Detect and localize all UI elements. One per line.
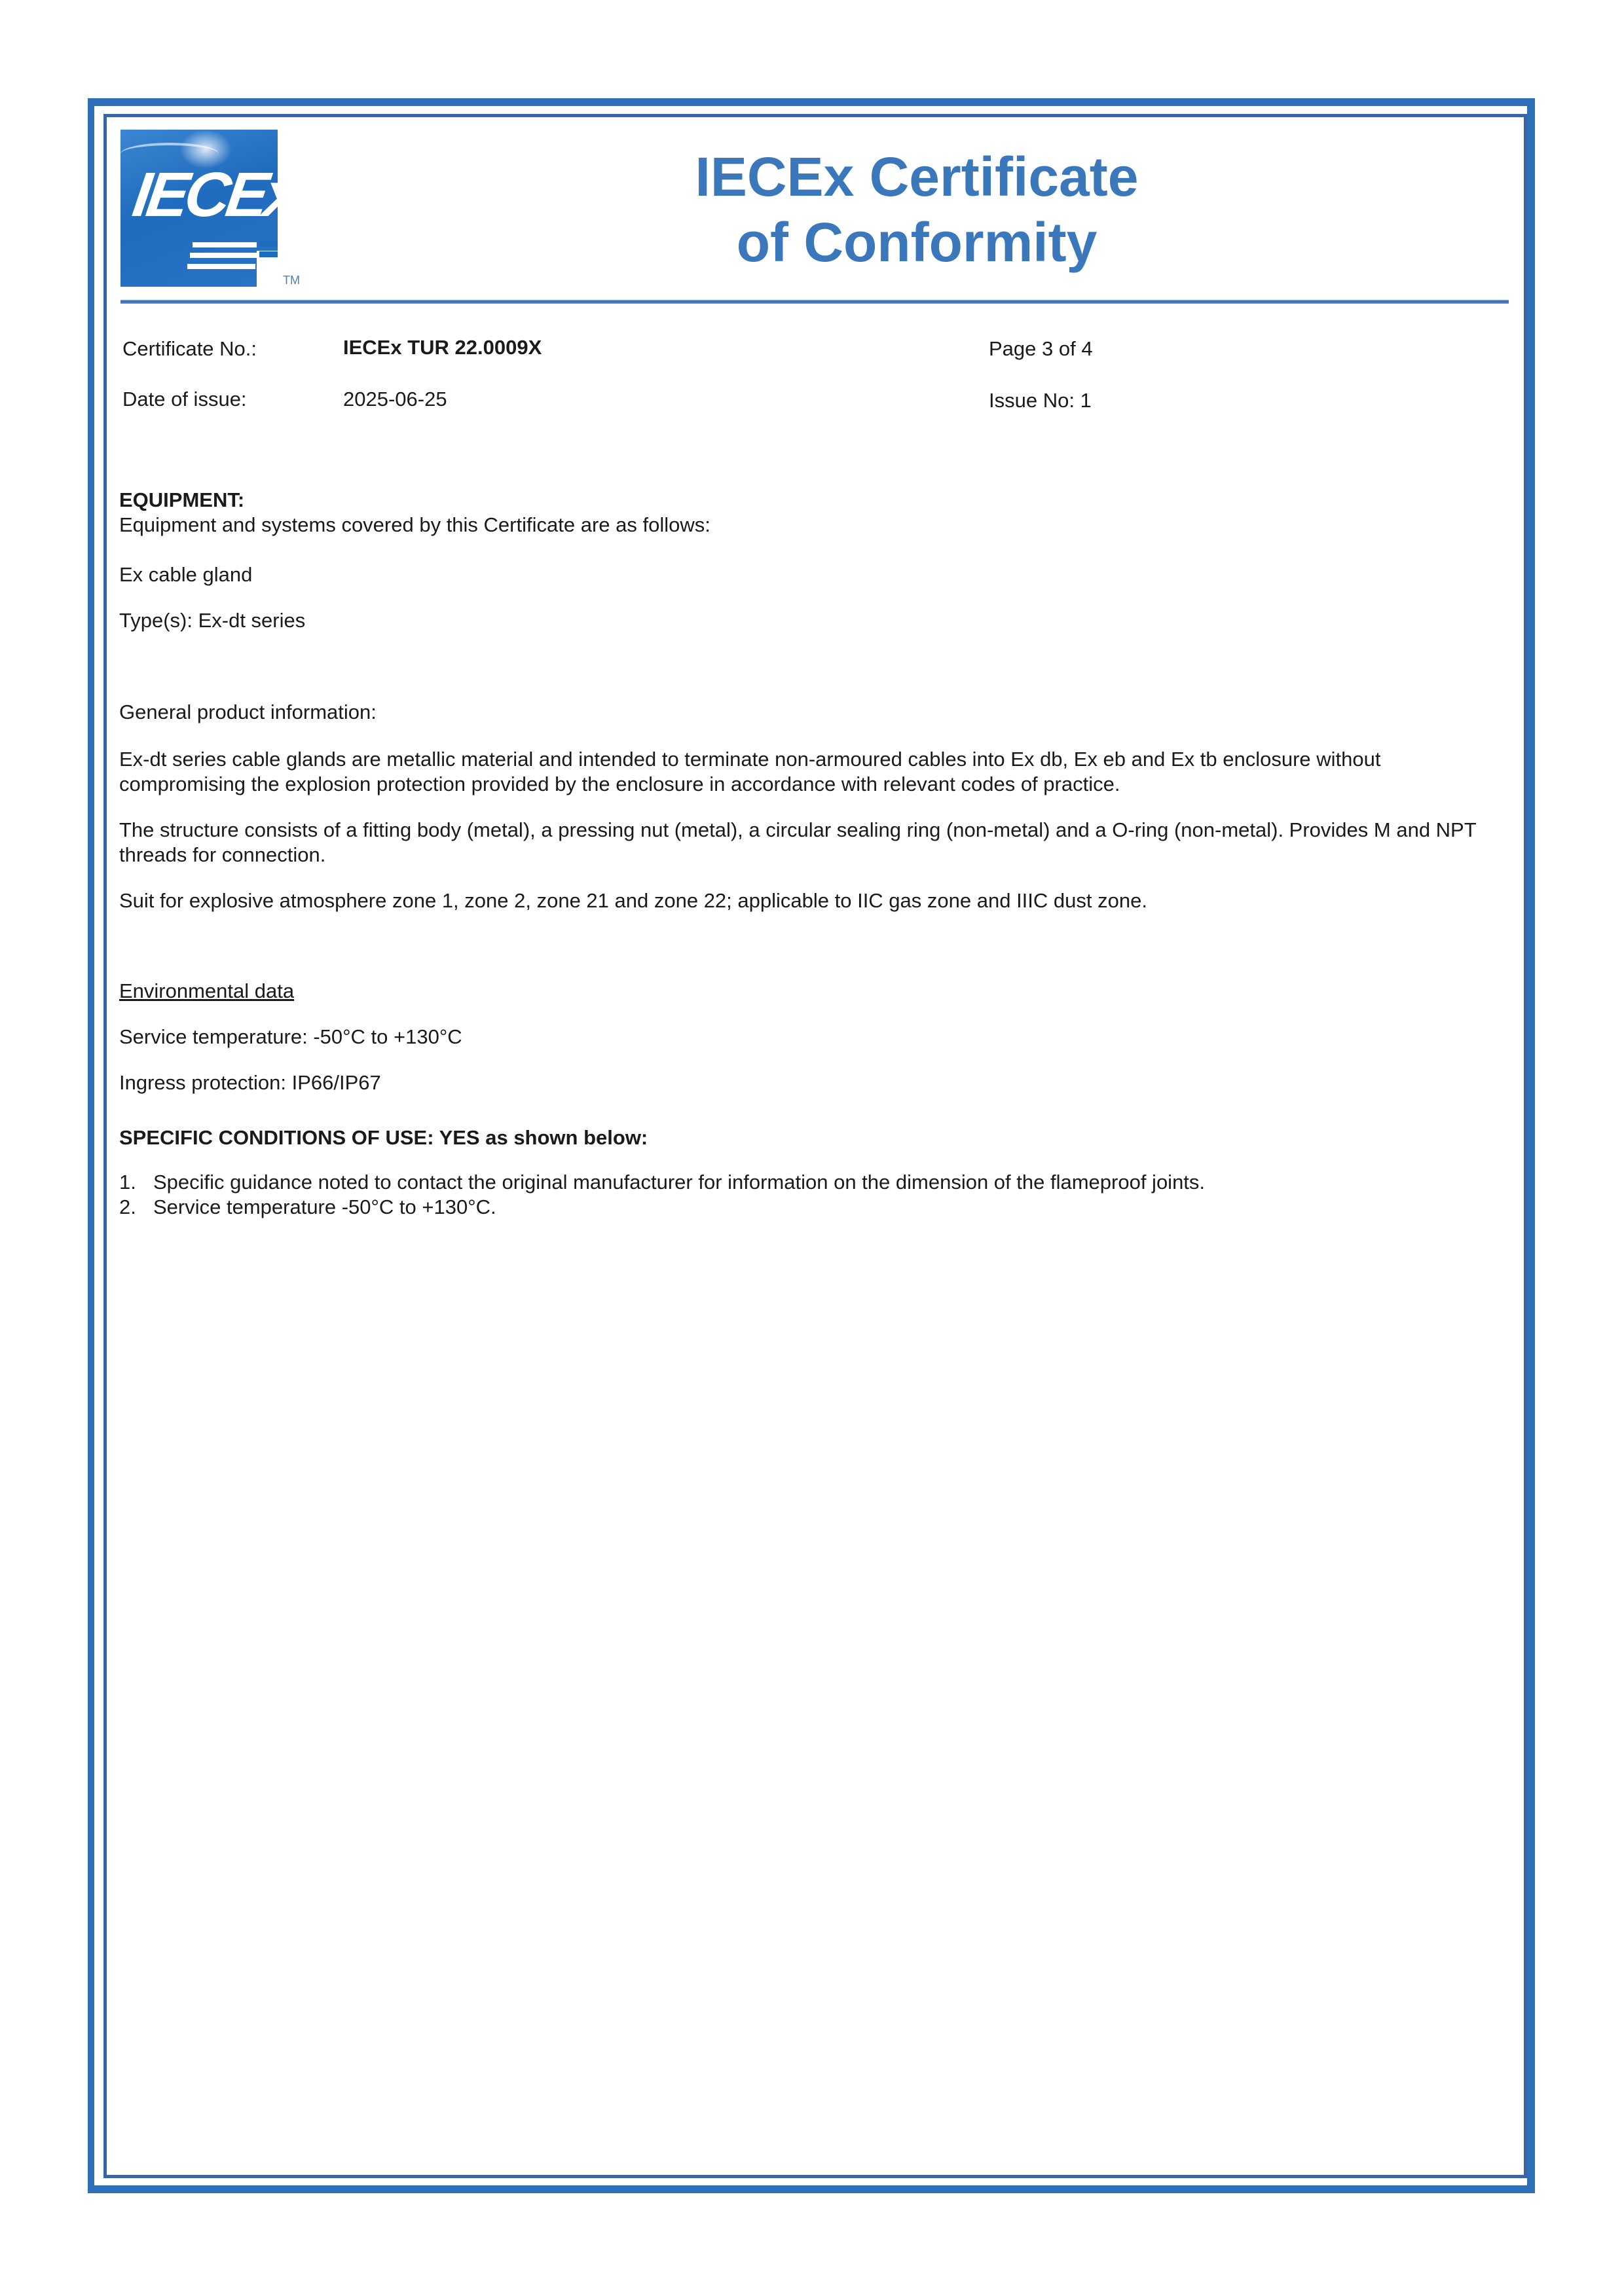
title-line-2: of Conformity (589, 210, 1244, 275)
condition-text: Service temperature -50°C to +130°C. (153, 1195, 496, 1220)
equipment-types: Type(s): Ex-dt series (119, 608, 1507, 633)
condition-text: Specific guidance noted to contact the o… (153, 1170, 1205, 1195)
logo-text: IECEx (128, 159, 278, 231)
environmental-heading: Environmental data (119, 979, 1507, 1004)
condition-number: 2. (119, 1195, 153, 1220)
conditions-heading: SPECIFIC CONDITIONS OF USE: YES as shown… (119, 1125, 1507, 1150)
condition-item: 1. Specific guidance noted to contact th… (119, 1170, 1507, 1195)
document-title: IECEx Certificate of Conformity (589, 144, 1244, 275)
service-temperature: Service temperature: -50°C to +130°C (119, 1025, 1507, 1049)
header-divider (120, 300, 1509, 304)
logo-stripe (193, 242, 257, 247)
conditions-list: 1. Specific guidance noted to contact th… (119, 1170, 1507, 1220)
equipment-intro: Equipment and systems covered by this Ce… (119, 513, 1507, 538)
logo-stripe (187, 264, 255, 269)
certificate-body: EQUIPMENT: Equipment and systems covered… (119, 488, 1507, 1220)
iecex-logo: IECEx (120, 130, 278, 287)
trademark-mark: TM (283, 274, 300, 287)
date-of-issue-value: 2025-06-25 (343, 388, 447, 411)
logo-corner-stripe (259, 241, 278, 247)
page-indicator: Page 3 of 4 (989, 337, 1093, 361)
general-info-paragraph-3: Suit for explosive atmosphere zone 1, zo… (119, 888, 1507, 913)
equipment-heading: EQUIPMENT: (119, 488, 1507, 513)
condition-number: 1. (119, 1170, 153, 1195)
equipment-name: Ex cable gland (119, 562, 1507, 587)
issue-number: Issue No: 1 (989, 389, 1092, 412)
certificate-no-value: IECEx TUR 22.0009X (343, 336, 542, 359)
condition-item: 2. Service temperature -50°C to +130°C. (119, 1195, 1507, 1220)
logo-corner-stripe (259, 251, 278, 257)
general-info-paragraph-2: The structure consists of a fitting body… (119, 818, 1507, 867)
ingress-protection: Ingress protection: IP66/IP67 (119, 1070, 1507, 1095)
general-info-paragraph-1: Ex-dt series cable glands are metallic m… (119, 747, 1507, 797)
general-info-heading: General product information: (119, 700, 1507, 725)
date-of-issue-label: Date of issue: (122, 388, 247, 411)
title-line-1: IECEx Certificate (589, 144, 1244, 210)
certificate-no-label: Certificate No.: (122, 337, 257, 361)
logo-stripe (190, 253, 257, 258)
